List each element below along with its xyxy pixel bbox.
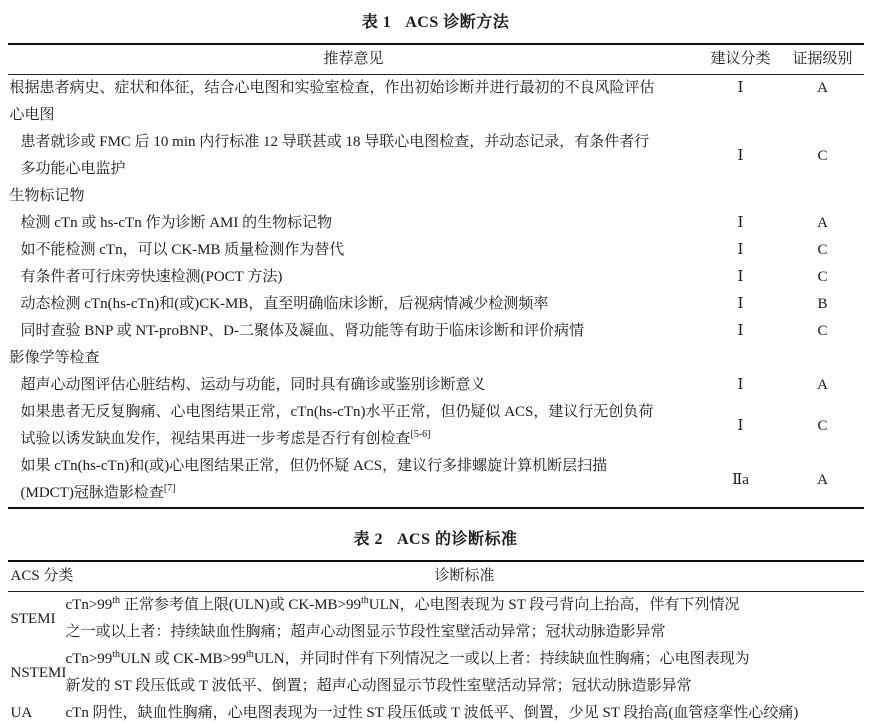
recommendation-text: 超声心动图评估心脏结构、运动与功能，同时具有确诊或鉴别诊断意义	[8, 372, 700, 399]
recommendation-text: 有条件者可行床旁快速检测(POCT 方法)	[8, 264, 700, 291]
table-row: 有条件者可行床旁快速检测(POCT 方法) Ⅰ C	[8, 264, 864, 291]
class-value: Ⅰ	[700, 210, 782, 237]
recommendation-text: 患者就诊或 FMC 后 10 min 内行标准 12 导联甚或 18 导联心电图…	[8, 129, 700, 183]
table-row: NSTEMI cTn>99thULN 或 CK-MB>99thULN，并同时伴有…	[8, 646, 864, 700]
class-value: Ⅰ	[700, 129, 782, 183]
evidence-value: A	[782, 75, 864, 103]
table2-title-text: ACS 的诊断标准	[397, 531, 518, 548]
table1-header-recommendation: 推荐意见	[8, 44, 700, 75]
superscript: [5-6]	[411, 429, 431, 440]
evidence-value: A	[782, 210, 864, 237]
section-row: 影像学等检查	[8, 345, 864, 372]
section-title: 心电图	[8, 102, 864, 129]
evidence-value: A	[782, 453, 864, 508]
class-value: Ⅰ	[700, 75, 782, 103]
inter-table-gap	[0, 509, 871, 525]
table-row: 如不能检测 cTn，可以 CK-MB 质量检测作为替代 Ⅰ C	[8, 237, 864, 264]
section-title: 生物标记物	[8, 183, 864, 210]
table-row: 根据患者病史、症状和体征，结合心电图和实验室检查，作出初始诊断并进行最初的不良风…	[8, 75, 864, 103]
evidence-value: C	[782, 237, 864, 264]
class-value: Ⅰ	[700, 291, 782, 318]
recommendation-text: 同时查验 BNP 或 NT-proBNP、D-二聚体及凝血、肾功能等有助于临床诊…	[8, 318, 700, 345]
superscript: th	[112, 595, 120, 606]
recommendation-text: 如果 cTn(hs-cTn)和(或)心电图结果正常，但仍怀疑 ACS，建议行多排…	[8, 453, 700, 508]
criteria-text: cTn 阴性，缺血性胸痛，心电图表现为一过性 ST 段压低或 T 波低平、倒置，…	[66, 700, 864, 723]
superscript: th	[246, 649, 254, 660]
table-row: 如果患者无反复胸痛、心电图结果正常，cTn(hs-cTn)水平正常，但仍疑似 A…	[8, 399, 864, 453]
acs-type-label: NSTEMI	[8, 646, 66, 700]
evidence-value: A	[782, 372, 864, 399]
class-value: Ⅰ	[700, 264, 782, 291]
evidence-value: C	[782, 264, 864, 291]
table-row: 同时查验 BNP 或 NT-proBNP、D-二聚体及凝血、肾功能等有助于临床诊…	[8, 318, 864, 345]
evidence-value: C	[782, 399, 864, 453]
table-row: 动态检测 cTn(hs-cTn)和(或)CK-MB，直至明确临床诊断，后视病情减…	[8, 291, 864, 318]
class-value: Ⅰ	[700, 372, 782, 399]
class-value: Ⅰ	[700, 237, 782, 264]
table1-header-row: 推荐意见 建议分类 证据级别	[8, 44, 864, 75]
table1-header-evidence: 证据级别	[782, 44, 864, 75]
table1-header-class: 建议分类	[700, 44, 782, 75]
table2-header-criteria: 诊断标准	[66, 561, 864, 592]
superscript: th	[361, 595, 369, 606]
table-row: 患者就诊或 FMC 后 10 min 内行标准 12 导联甚或 18 导联心电图…	[8, 129, 864, 183]
class-value: Ⅰ	[700, 318, 782, 345]
table2-header-row: ACS 分类 诊断标准	[8, 561, 864, 592]
table1-title: 表 1ACS 诊断方法	[0, 10, 871, 36]
recommendation-text: 动态检测 cTn(hs-cTn)和(或)CK-MB，直至明确临床诊断，后视病情减…	[8, 291, 700, 318]
superscript: [7]	[164, 483, 176, 494]
table2-title: 表 2ACS 的诊断标准	[0, 527, 871, 553]
recommendation-text: 根据患者病史、症状和体征，结合心电图和实验室检查，作出初始诊断并进行最初的不良风…	[8, 75, 700, 103]
table-row: 超声心动图评估心脏结构、运动与功能，同时具有确诊或鉴别诊断意义 Ⅰ A	[8, 372, 864, 399]
table-row: 如果 cTn(hs-cTn)和(或)心电图结果正常，但仍怀疑 ACS，建议行多排…	[8, 453, 864, 508]
acs-type-label: UA	[8, 700, 66, 723]
acs-type-label: STEMI	[8, 592, 66, 647]
document-page: 表 1ACS 诊断方法 推荐意见 建议分类 证据级别 根据患者病史、症状和体征，…	[0, 0, 871, 723]
evidence-value: C	[782, 318, 864, 345]
table1-title-number: 表 1	[362, 14, 392, 31]
criteria-text: cTn>99th 正常参考值上限(ULN)或 CK-MB>99thULN，心电图…	[66, 592, 864, 647]
section-row: 心电图	[8, 102, 864, 129]
table1-acs-diagnostic-methods: 推荐意见 建议分类 证据级别 根据患者病史、症状和体征，结合心电图和实验室检查，…	[8, 43, 864, 509]
table1-title-text: ACS 诊断方法	[405, 14, 509, 31]
section-title: 影像学等检查	[8, 345, 864, 372]
class-value: Ⅰ	[700, 399, 782, 453]
recommendation-text: 如不能检测 cTn，可以 CK-MB 质量检测作为替代	[8, 237, 700, 264]
table-row: 检测 cTn 或 hs-cTn 作为诊断 AMI 的生物标记物 Ⅰ A	[8, 210, 864, 237]
table2-title-number: 表 2	[353, 531, 383, 548]
table2-header-classification: ACS 分类	[8, 561, 66, 592]
table-row: STEMI cTn>99th 正常参考值上限(ULN)或 CK-MB>99thU…	[8, 592, 864, 647]
section-row: 生物标记物	[8, 183, 864, 210]
evidence-value: B	[782, 291, 864, 318]
recommendation-text: 如果患者无反复胸痛、心电图结果正常，cTn(hs-cTn)水平正常，但仍疑似 A…	[8, 399, 700, 453]
evidence-value: C	[782, 129, 864, 183]
table-row: UA cTn 阴性，缺血性胸痛，心电图表现为一过性 ST 段压低或 T 波低平、…	[8, 700, 864, 723]
class-value: Ⅱa	[700, 453, 782, 508]
superscript: th	[112, 649, 120, 660]
recommendation-text: 检测 cTn 或 hs-cTn 作为诊断 AMI 的生物标记物	[8, 210, 700, 237]
criteria-text: cTn>99thULN 或 CK-MB>99thULN，并同时伴有下列情况之一或…	[66, 646, 864, 700]
table2-acs-diagnostic-criteria: ACS 分类 诊断标准 STEMI cTn>99th 正常参考值上限(ULN)或…	[8, 560, 864, 723]
